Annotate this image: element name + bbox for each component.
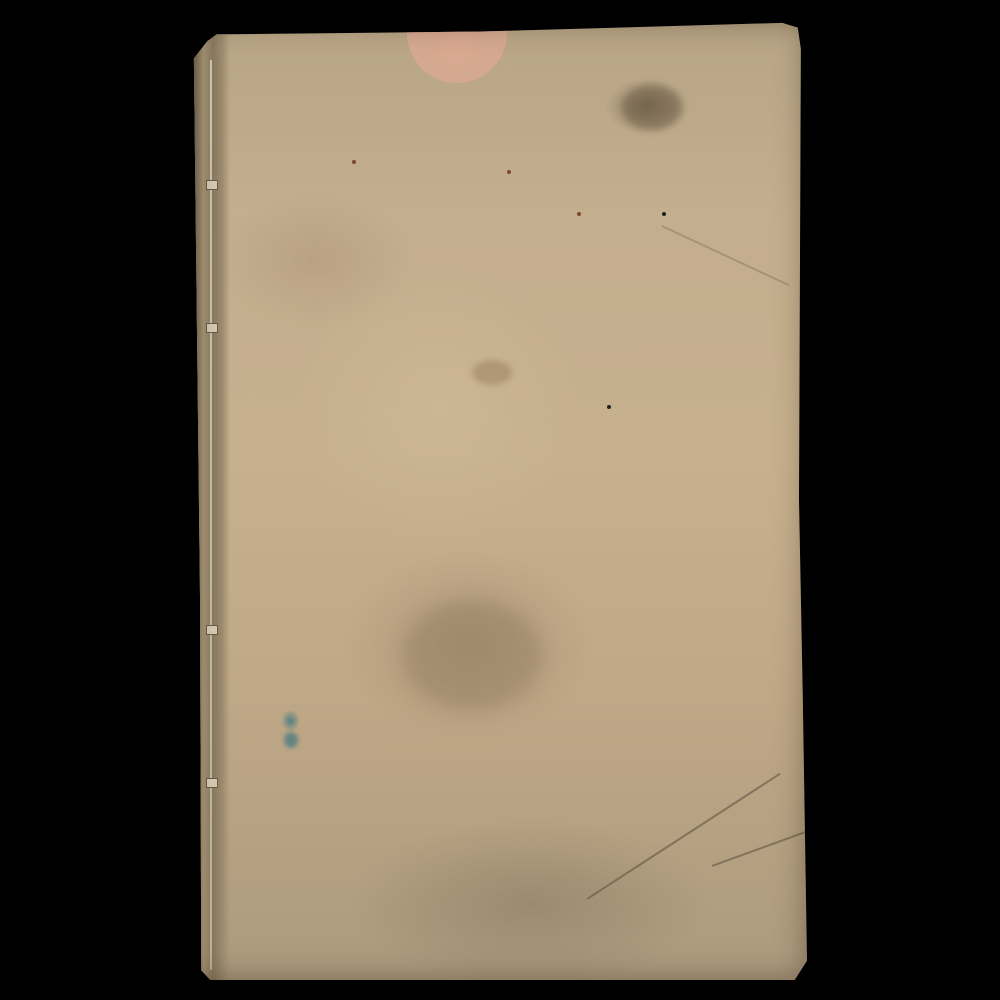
foxing-spot	[507, 170, 511, 174]
photo-background	[0, 0, 1000, 1000]
removed-label-patch	[407, 28, 507, 83]
foxing-spot	[662, 212, 666, 216]
binding-stitch	[206, 625, 218, 635]
scratch-mark	[712, 827, 816, 866]
spine-fold-line	[210, 60, 212, 970]
foxing-stain	[472, 360, 512, 385]
binding-stitch	[206, 180, 218, 190]
binding-stitch	[206, 778, 218, 788]
book-cover	[192, 20, 807, 980]
ink-spot	[284, 732, 298, 748]
cover-edge-wear	[192, 20, 807, 980]
foxing-spot	[577, 212, 581, 216]
binding-stitch	[206, 323, 218, 333]
foxing-spot	[607, 405, 611, 409]
dark-stain	[622, 85, 682, 130]
water-stain	[402, 600, 542, 710]
scratch-mark	[587, 773, 781, 900]
scratch-mark	[662, 225, 790, 286]
foxing-spot	[352, 160, 356, 164]
book-spine	[192, 20, 230, 980]
